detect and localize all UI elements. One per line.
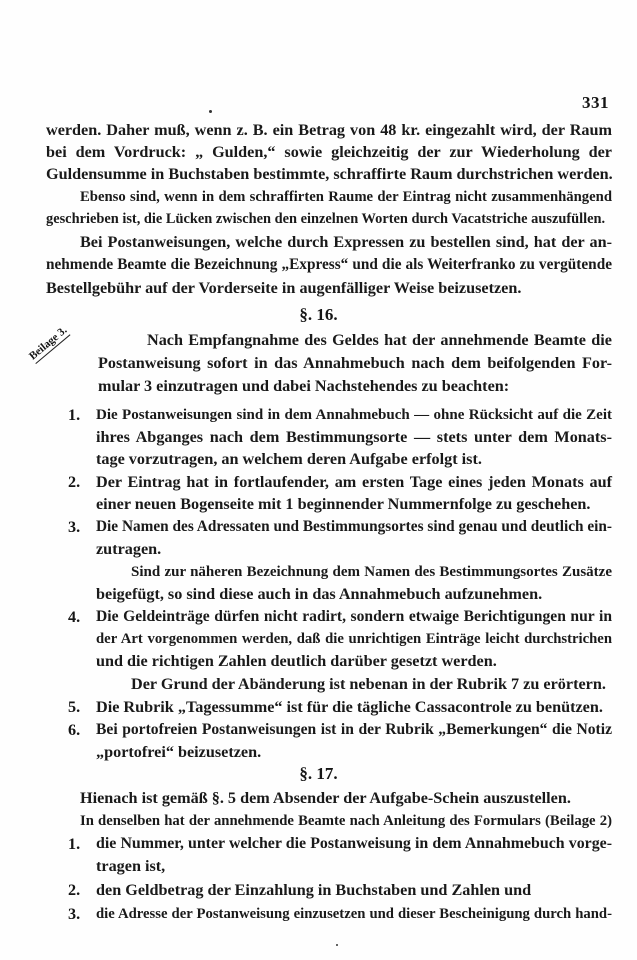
document-page: 331 werden. Daher muß, wenn z. B. ein Be… — [0, 0, 637, 960]
list-number: 4. — [68, 607, 80, 627]
list-item-line: den Geldbetrag der Einzahlung in Buchsta… — [96, 880, 612, 900]
list-number: 1. — [68, 834, 80, 854]
list-item-line: die Nummer, unter welcher die Postanweis… — [96, 834, 612, 854]
list-item-line: „portofrei“ beizusetzen. — [96, 742, 612, 762]
ink-speck — [336, 944, 338, 946]
page-number: 331 — [582, 93, 609, 113]
text-line: mular 3 einzutragen und dabei Nachstehen… — [98, 376, 612, 396]
list-number: 3. — [68, 517, 80, 537]
text-line: Ebenso sind, wenn in dem schraffirten Ra… — [80, 187, 612, 207]
list-item-line: Sind zur näheren Bezeichnung dem Namen d… — [131, 562, 612, 582]
list-number: 6. — [68, 720, 80, 740]
list-item-line: Die Geldeinträge dürfen nicht radirt, so… — [96, 607, 612, 627]
text-line: Guldensumme in Buchstaben bestimmte, sch… — [46, 164, 612, 184]
text-line: Nach Empfangnahme des Geldes hat der ann… — [147, 330, 612, 350]
section-heading: §. 17. — [0, 764, 637, 784]
text-line: nehmende Beamte die Bezeichnung „Express… — [46, 255, 612, 275]
list-item-line: beigefügt, so sind diese auch in das Ann… — [96, 584, 612, 604]
text-line: bei dem Vordruck: „ Gulden,“ sowie gleic… — [46, 142, 612, 162]
text-line: In denselben hat der annehmende Beamte n… — [80, 811, 612, 831]
list-number: 5. — [68, 697, 80, 717]
list-item-line: ihres Abganges nach dem Bestimmungsorte … — [96, 427, 612, 447]
list-item-line: Die Postanweisungen sind in dem Annahmeb… — [96, 405, 612, 425]
text-line: geschrieben ist, die Lücken zwischen den… — [46, 209, 612, 229]
list-item-line: zutragen. — [96, 539, 612, 559]
text-line: Bei Postanweisungen, welche durch Expres… — [80, 232, 612, 252]
list-item-line: Die Namen des Adressaten und Bestimmungs… — [96, 517, 612, 537]
list-item-line: einer neuen Bogenseite mit 1 beginnender… — [96, 494, 612, 514]
list-number: 3. — [68, 904, 80, 924]
list-number: 1. — [68, 405, 80, 425]
list-item-line: die Adresse der Postanweisung einzusetze… — [96, 904, 612, 924]
margin-note: Beilage 3. — [27, 324, 71, 364]
list-item-line: Der Grund der Abänderung ist nebenan in … — [131, 674, 612, 694]
list-item-line: Die Rubrik „Tagessumme“ ist für die tägl… — [96, 697, 612, 717]
list-number: 2. — [68, 880, 80, 900]
list-item-line: der Art vorgenommen werden, daß die unri… — [96, 629, 612, 649]
list-item-line: Bei portofreien Postanweisungen ist in d… — [96, 720, 612, 740]
text-line: werden. Daher muß, wenn z. B. ein Betrag… — [46, 120, 612, 140]
ink-speck — [209, 110, 212, 113]
text-line: Hienach ist gemäß §. 5 dem Absender der … — [80, 788, 612, 808]
text-line: Bestellgebühr auf der Vorderseite in aug… — [46, 278, 612, 298]
text-line: Postanweisung sofort in das Annahmebuch … — [98, 353, 612, 373]
list-item-line: und die richtigen Zahlen deutlich darübe… — [96, 651, 612, 671]
list-item-line: tragen ist, — [96, 856, 612, 876]
list-item-line: tage vorzutragen, an welchem deren Aufga… — [96, 449, 612, 469]
list-number: 2. — [68, 472, 80, 492]
list-item-line: Der Eintrag hat in fortlaufender, am ers… — [96, 472, 612, 492]
section-heading: §. 16. — [0, 305, 637, 325]
